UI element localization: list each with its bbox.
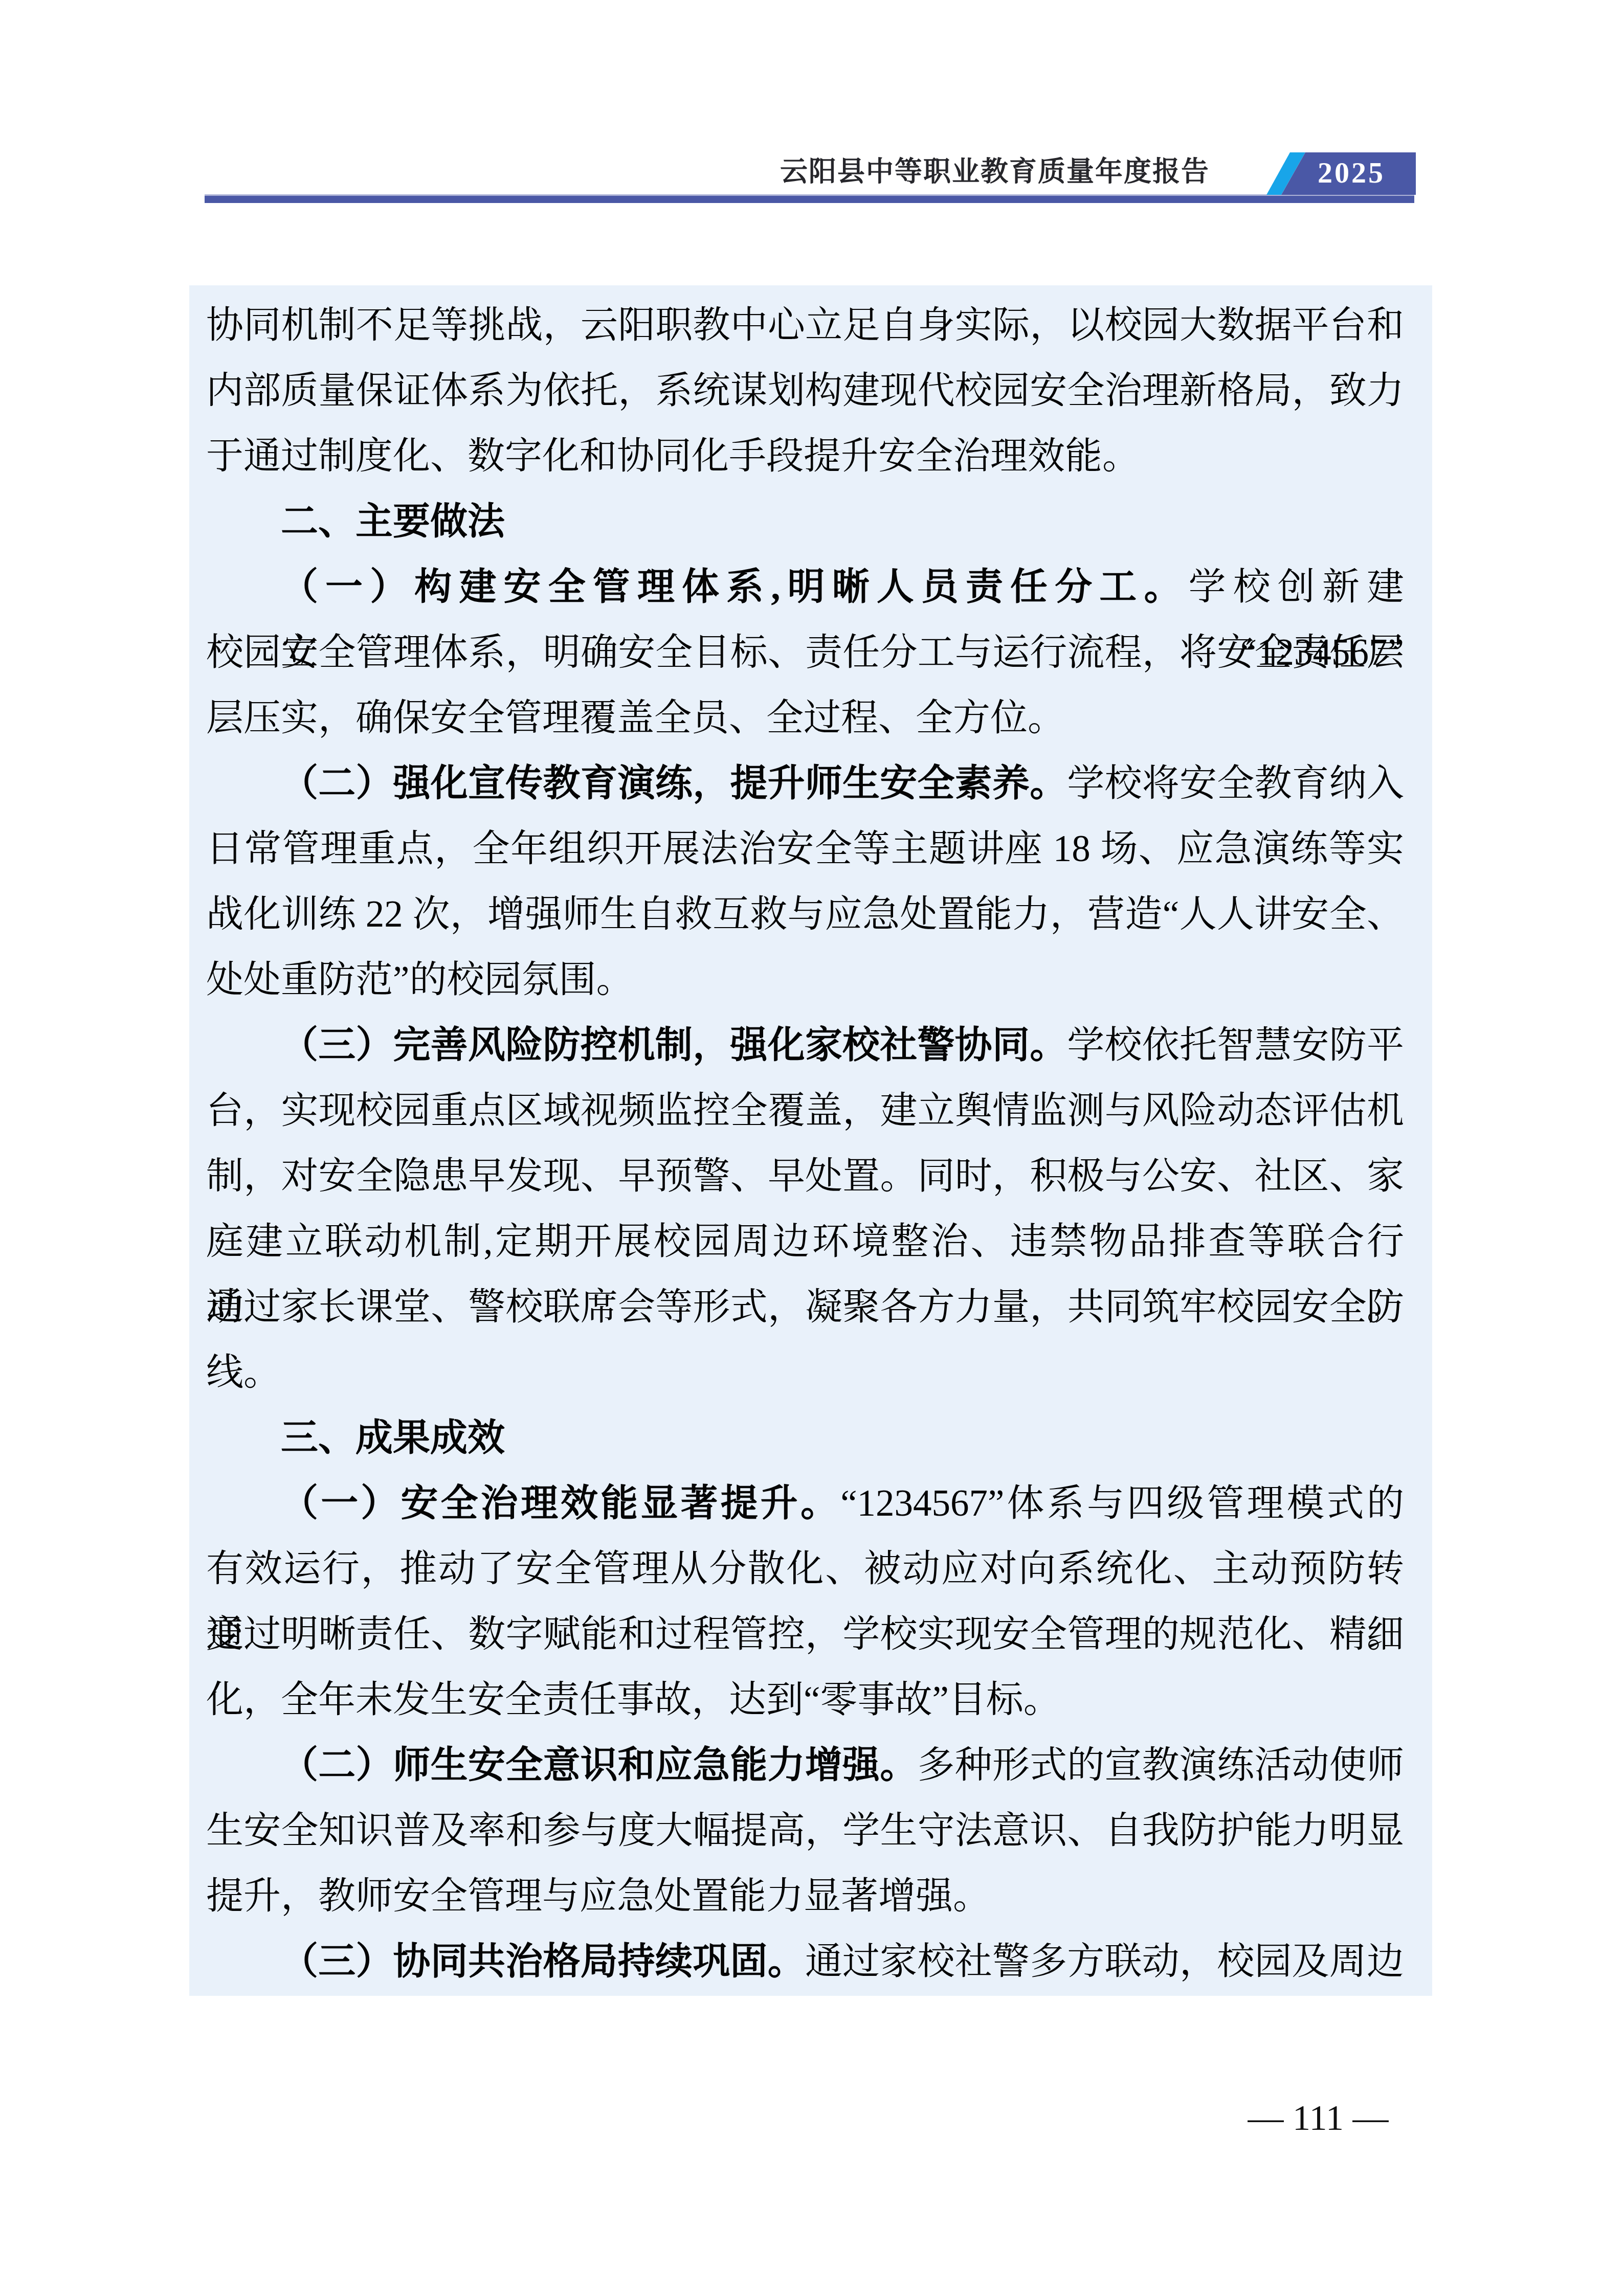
doc-line: 线。 bbox=[206, 1340, 1404, 1405]
doc-line: （三）协同共治格局持续巩固。通过家校社警多方联动，校园及周边 bbox=[206, 1929, 1404, 1994]
doc-line: 校园安全管理体系，明确安全目标、责任分工与运行流程，将安全责任层 bbox=[206, 620, 1404, 685]
doc-line: 处处重防范”的校园氛围。 bbox=[206, 947, 1404, 1012]
doc-line: 协同机制不足等挑战，云阳职教中心立足自身实际，以校园大数据平台和 bbox=[206, 292, 1404, 358]
doc-line: 生安全知识普及率和参与度大幅提高，学生守法意识、自我防护能力明显 bbox=[206, 1798, 1404, 1863]
header-rule-bar bbox=[205, 194, 1414, 203]
doc-line: 通过明晰责任、数字赋能和过程管控，学校实现安全管理的规范化、精细 bbox=[206, 1602, 1404, 1667]
text-run: “1234567”体系与四级管理模式的 bbox=[840, 1482, 1404, 1524]
doc-line: 制，对安全隐患早发现、早预警、早处置。同时，积极与公安、社区、家 bbox=[206, 1143, 1404, 1209]
text-run: 提升，教师安全管理与应急处置能力显著增强。 bbox=[206, 1875, 990, 1917]
document-page: 云阳县中等职业教育质量年度报告 2025 协同机制不足等挑战，云阳职教中心立足自… bbox=[0, 0, 1624, 2296]
year-badge-label: 2025 bbox=[1292, 152, 1411, 195]
year-badge: 2025 bbox=[1266, 152, 1416, 195]
text-run: 内部质量保证体系为依托，系统谋划构建现代校园安全治理新格局，致力 bbox=[206, 370, 1404, 411]
doc-line: （一）安全治理效能显著提升。“1234567”体系与四级管理模式的 bbox=[206, 1471, 1404, 1536]
text-run: 校园安全管理体系，明确安全目标、责任分工与运行流程，将安全责任层 bbox=[206, 632, 1404, 673]
text-run: 战化训练 22 次，增强师生自救互救与应急处置能力，营造“人人讲安全、 bbox=[206, 893, 1404, 935]
text-run: 层压实，确保安全管理覆盖全员、全过程、全方位。 bbox=[206, 697, 1065, 738]
doc-line: 于通过制度化、数字化和协同化手段提升安全治理效能。 bbox=[206, 423, 1404, 489]
page-number: — 111 — bbox=[1241, 2096, 1395, 2142]
text-run: 于通过制度化、数字化和协同化手段提升安全治理效能。 bbox=[206, 435, 1140, 477]
doc-line: 内部质量保证体系为依托，系统谋划构建现代校园安全治理新格局，致力 bbox=[206, 358, 1404, 423]
text-run: 线。 bbox=[206, 1352, 281, 1393]
report-title: 云阳县中等职业教育质量年度报告 bbox=[780, 155, 1210, 188]
text-run: 通过家校社警多方联动，校园及周边 bbox=[805, 1941, 1404, 1982]
doc-line: 通过家长课堂、警校联席会等形式，凝聚各方力量，共同筑牢校园安全防 bbox=[206, 1274, 1404, 1340]
section-heading: 二、主要做法 bbox=[206, 489, 1404, 554]
text-run: （一）构建安全管理体系,明晰人员责任分工。 bbox=[281, 566, 1189, 607]
text-run: 通过家长课堂、警校联席会等形式，凝聚各方力量，共同筑牢校园安全防 bbox=[206, 1286, 1404, 1327]
text-run: 学校依托智慧安防平 bbox=[1067, 1024, 1404, 1066]
text-run: 处处重防范”的校园氛围。 bbox=[206, 959, 633, 1000]
doc-line: 化，全年未发生安全责任事故，达到“零事故”目标。 bbox=[206, 1667, 1404, 1732]
doc-line: 台，实现校园重点区域视频监控全覆盖，建立舆情监测与风险动态评估机 bbox=[206, 1078, 1404, 1143]
section-heading: 三、成果成效 bbox=[206, 1405, 1404, 1471]
doc-line: 有效运行，推动了安全管理从分散化、被动应对向系统化、主动预防转变。 bbox=[206, 1536, 1404, 1602]
doc-line: （一）构建安全管理体系,明晰人员责任分工。学校创新建立“1234567” bbox=[206, 554, 1404, 620]
text-run: 制，对安全隐患早发现、早预警、早处置。同时，积极与公安、社区、家 bbox=[206, 1155, 1404, 1197]
text-run: 协同机制不足等挑战，云阳职教中心立足自身实际，以校园大数据平台和 bbox=[206, 304, 1404, 346]
doc-line: 提升，教师安全管理与应急处置能力显著增强。 bbox=[206, 1863, 1404, 1929]
text-run: 日常管理重点，全年组织开展法治安全等主题讲座 18 场、应急演练等实 bbox=[206, 828, 1404, 869]
text-run: 通过明晰责任、数字赋能和过程管控，学校实现安全管理的规范化、精细 bbox=[206, 1613, 1404, 1655]
doc-line: （三）完善风险防控机制，强化家校社警协同。学校依托智慧安防平 bbox=[206, 1012, 1404, 1078]
text-run: 学校将安全教育纳入 bbox=[1067, 762, 1404, 804]
doc-line: 日常管理重点，全年组织开展法治安全等主题讲座 18 场、应急演练等实 bbox=[206, 816, 1404, 882]
doc-line: 战化训练 22 次，增强师生自救互救与应急处置能力，营造“人人讲安全、 bbox=[206, 882, 1404, 947]
text-run: 三、成果成效 bbox=[281, 1417, 505, 1458]
text-run: 多种形式的宣教演练活动使师 bbox=[918, 1744, 1404, 1786]
text-run: 生安全知识普及率和参与度大幅提高，学生守法意识、自我防护能力明显 bbox=[206, 1810, 1404, 1851]
text-run: 二、主要做法 bbox=[281, 501, 505, 542]
doc-line: （二）强化宣传教育演练，提升师生安全素养。学校将安全教育纳入 bbox=[206, 751, 1404, 816]
text-run: （三）协同共治格局持续巩固。 bbox=[281, 1941, 805, 1982]
text-run: 台，实现校园重点区域视频监控全覆盖，建立舆情监测与风险动态评估机 bbox=[206, 1090, 1404, 1131]
text-run: 化，全年未发生安全责任事故，达到“零事故”目标。 bbox=[206, 1679, 1061, 1720]
doc-line: （二）师生安全意识和应急能力增强。多种形式的宣教演练活动使师 bbox=[206, 1732, 1404, 1798]
text-run: （二）师生安全意识和应急能力增强。 bbox=[281, 1744, 918, 1786]
text-run: （二）强化宣传教育演练，提升师生安全素养。 bbox=[281, 762, 1067, 804]
document-body: 协同机制不足等挑战，云阳职教中心立足自身实际，以校园大数据平台和内部质量保证体系… bbox=[189, 285, 1432, 1996]
doc-line: 层压实，确保安全管理覆盖全员、全过程、全方位。 bbox=[206, 685, 1404, 751]
text-run: （一）安全治理效能显著提升。 bbox=[281, 1482, 840, 1524]
text-run: （三）完善风险防控机制，强化家校社警协同。 bbox=[281, 1024, 1067, 1066]
doc-line: 庭建立联动机制,定期开展校园周边环境整治、违禁物品排查等联合行动。 bbox=[206, 1209, 1404, 1274]
